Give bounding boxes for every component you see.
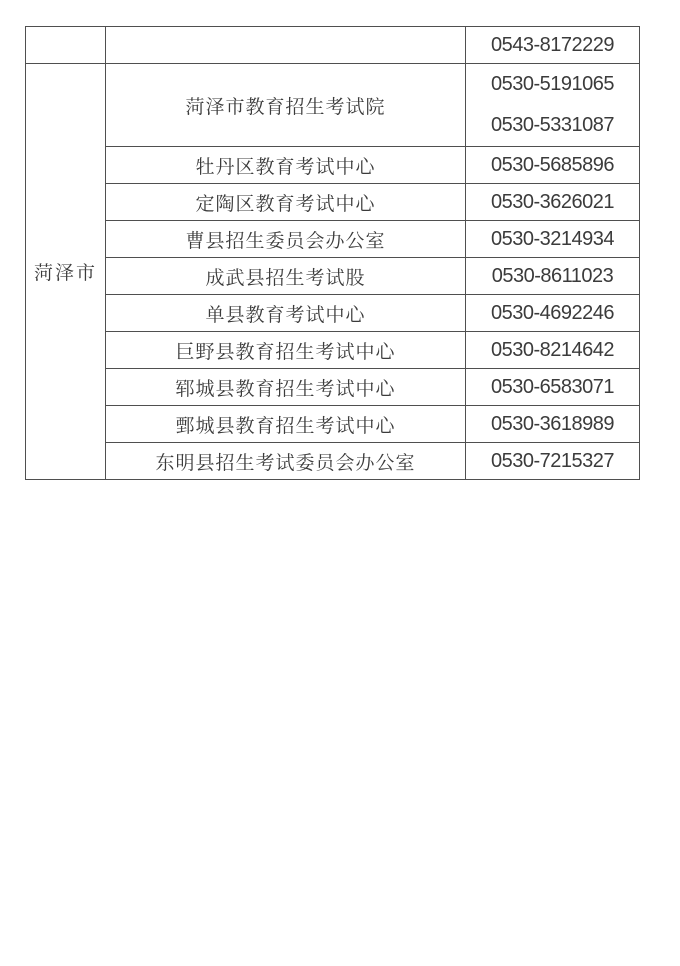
phone-cell: 0543-8172229	[466, 27, 640, 64]
phone-cell: 0530-3618989	[466, 406, 640, 443]
table-row: 定陶区教育考试中心 0530-3626021	[26, 184, 640, 221]
table-row: 成武县招生考试股 0530-8611023	[26, 258, 640, 295]
city-cell: 菏泽市	[26, 64, 106, 480]
phone-cell: 0530-3626021	[466, 184, 640, 221]
table-row: 曹县招生委员会办公室 0530-3214934	[26, 221, 640, 258]
phone-cell: 0530-8611023	[466, 258, 640, 295]
table-row: 0543-8172229	[26, 27, 640, 64]
office-cell	[106, 27, 466, 64]
phone-number: 0530-5191065	[466, 64, 639, 105]
table-row: 郓城县教育招生考试中心 0530-6583071	[26, 369, 640, 406]
table-row: 单县教育考试中心 0530-4692246	[26, 295, 640, 332]
table-row: 菏泽市 菏泽市教育招生考试院 0530-5191065 0530-5331087	[26, 64, 640, 147]
office-cell: 菏泽市教育招生考试院	[106, 64, 466, 147]
office-cell: 巨野县教育招生考试中心	[106, 332, 466, 369]
phone-cell: 0530-3214934	[466, 221, 640, 258]
phone-cell: 0530-6583071	[466, 369, 640, 406]
office-cell: 曹县招生委员会办公室	[106, 221, 466, 258]
phone-cell: 0530-5191065 0530-5331087	[466, 64, 640, 147]
city-cell	[26, 27, 106, 64]
office-cell: 东明县招生考试委员会办公室	[106, 443, 466, 480]
table-row: 鄄城县教育招生考试中心 0530-3618989	[26, 406, 640, 443]
phone-cell: 0530-5685896	[466, 147, 640, 184]
phone-cell: 0530-8214642	[466, 332, 640, 369]
office-cell: 牡丹区教育考试中心	[106, 147, 466, 184]
office-cell: 单县教育考试中心	[106, 295, 466, 332]
office-cell: 定陶区教育考试中心	[106, 184, 466, 221]
table-row: 东明县招生考试委员会办公室 0530-7215327	[26, 443, 640, 480]
table-row: 牡丹区教育考试中心 0530-5685896	[26, 147, 640, 184]
office-cell: 鄄城县教育招生考试中心	[106, 406, 466, 443]
phone-number: 0530-5331087	[466, 105, 639, 146]
table-row: 巨野县教育招生考试中心 0530-8214642	[26, 332, 640, 369]
document-page: 0543-8172229 菏泽市 菏泽市教育招生考试院 0530-5191065…	[0, 0, 680, 966]
phone-cell: 0530-4692246	[466, 295, 640, 332]
office-cell: 成武县招生考试股	[106, 258, 466, 295]
office-cell: 郓城县教育招生考试中心	[106, 369, 466, 406]
contact-table: 0543-8172229 菏泽市 菏泽市教育招生考试院 0530-5191065…	[25, 26, 640, 480]
phone-cell: 0530-7215327	[466, 443, 640, 480]
